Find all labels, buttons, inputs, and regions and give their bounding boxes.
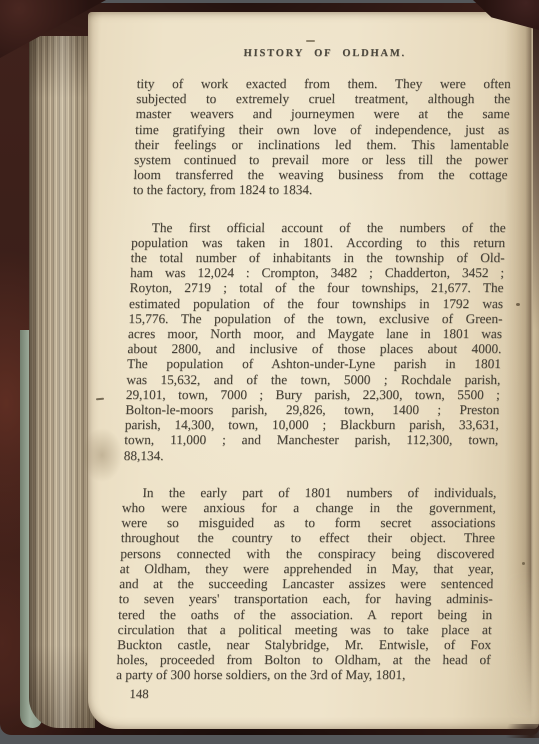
- text-line: time gratifying their own love of indepe…: [135, 122, 510, 137]
- text-line: were so misguided as to form secret asso…: [121, 515, 496, 530]
- text-line: estimated population of the four townshi…: [129, 296, 504, 311]
- text-line: to the factory, from 1824 to 1834.: [133, 182, 508, 197]
- text-line: population was taken in 1801. According …: [131, 235, 506, 250]
- text-line: circulation that a political meeting was…: [117, 622, 492, 637]
- text-line: The population of Ashton-under-Lyne pari…: [127, 356, 502, 371]
- text-line: parish, 14,300, town, 10,000 ; Blackburn…: [125, 417, 500, 432]
- paragraph: In the early part of 1801 numbers of ind…: [116, 485, 497, 683]
- text-line: system continued to prevail more or less…: [134, 152, 509, 167]
- text-line: about 2800, and inclusive of those place…: [127, 341, 502, 356]
- ink-speck: [516, 303, 520, 306]
- text-line: subjected to extremely cruel treatment, …: [136, 91, 511, 106]
- text-line: at Oldham, they were apprehended in May,…: [120, 561, 495, 576]
- paragraph: The first official account of the number…: [124, 220, 506, 463]
- cover-right-edge: [533, 0, 539, 330]
- text-line: tity of work exacted from them. They wer…: [136, 76, 511, 91]
- text-line: town, 11,000 ; and Manchester parish, 11…: [124, 432, 499, 447]
- text-line: tered the oaths of the association. A re…: [118, 607, 493, 622]
- page-number: 148: [115, 687, 490, 702]
- text-line: The first official account of the number…: [131, 220, 506, 235]
- scanned-book-photo: HISTORY OF OLDHAM. tity of work exacted …: [0, 0, 539, 744]
- text-line: and at the succeeding Lancaster assizes …: [119, 576, 494, 591]
- book-page: HISTORY OF OLDHAM. tity of work exacted …: [88, 12, 539, 729]
- text-line: was 15,632, and of the town, 5000 ; Roch…: [126, 372, 501, 387]
- text-line: acres moor, North moor, and Maygate lane…: [128, 326, 503, 341]
- text-line: throughout the country to effect their o…: [121, 530, 496, 545]
- top-dash-artifact: [306, 40, 315, 42]
- page-body: tity of work exacted from them. They wer…: [116, 76, 511, 683]
- page-edges-stack: [29, 36, 95, 728]
- text-line: holes, proceeded from Bolton to Oldham, …: [116, 652, 491, 667]
- text-line: 29,101, town, 7000 ; Bury parish, 22,300…: [126, 387, 501, 402]
- paragraph: tity of work exacted from them. They wer…: [133, 76, 511, 198]
- text-line: loom transferred the weaving business fr…: [133, 167, 508, 182]
- text-line: master weavers and journeymen were at th…: [135, 106, 510, 121]
- cover-corner-bottom-right: [499, 724, 539, 738]
- ink-smudge: [80, 426, 124, 484]
- text-line: to seven years' transportation each, for…: [118, 591, 493, 606]
- text-line: the total number of inhabitants in the t…: [130, 250, 505, 265]
- text-line: Buckton castle, near Stalybridge, Mr. En…: [117, 637, 492, 652]
- text-line: a party of 300 horse soldiers, on the 3r…: [116, 667, 491, 682]
- ink-speck: [522, 562, 525, 565]
- text-line: Bolton-le-moors parish, 29,826, town, 14…: [125, 402, 500, 417]
- running-header: HISTORY OF OLDHAM.: [138, 48, 512, 60]
- text-line: their feelings or inclinations led them.…: [134, 137, 509, 152]
- text-line: In the early part of 1801 numbers of ind…: [122, 485, 497, 500]
- text-line: persons connected with the conspiracy be…: [120, 546, 495, 561]
- text-line: 88,134.: [124, 448, 499, 463]
- text-line: ham was 12,024 : Crompton, 3482 ; Chadde…: [130, 265, 505, 280]
- page-text-block: HISTORY OF OLDHAM. tity of work exacted …: [115, 48, 512, 702]
- text-line: who were anxious for a change in the gov…: [122, 500, 497, 515]
- text-line: 15,776. The population of the town, excl…: [128, 311, 503, 326]
- text-line: Royton, 2719 ; total of the four townshi…: [129, 280, 504, 295]
